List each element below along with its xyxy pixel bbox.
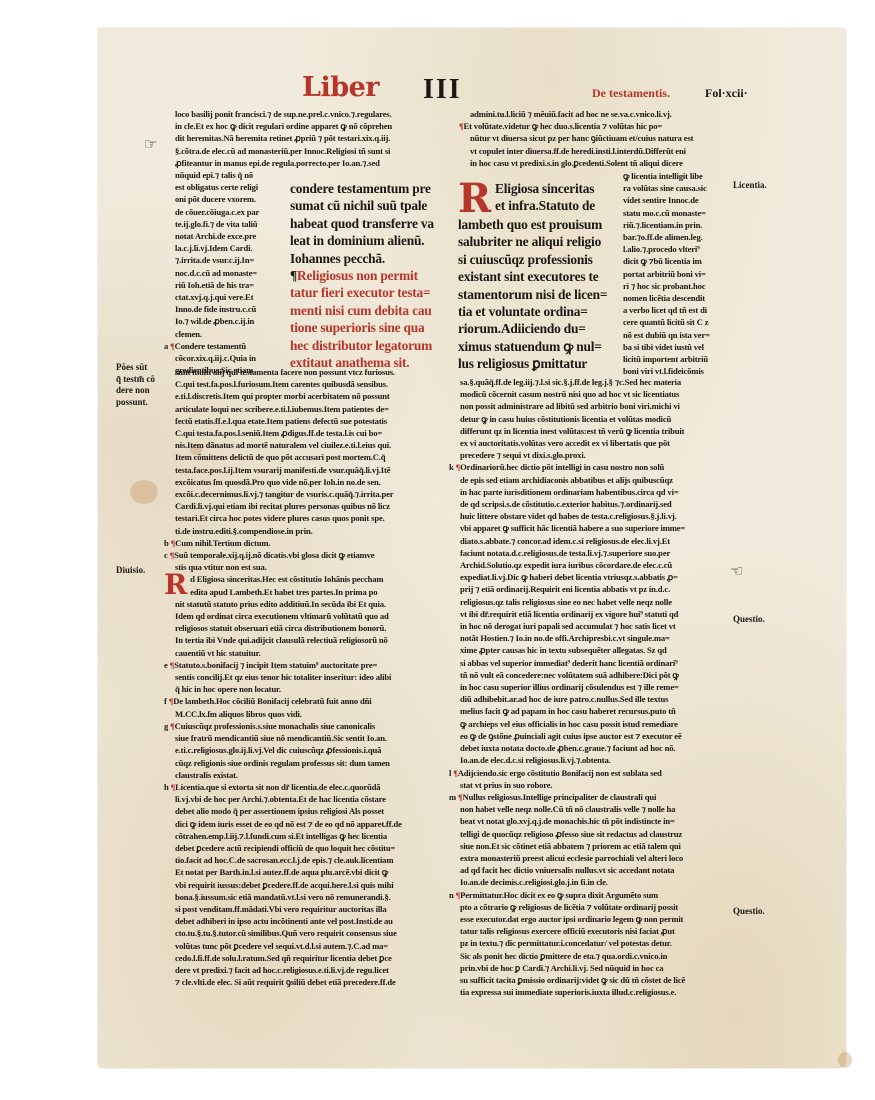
gloss-line: stat vt prius in suo robore. — [460, 779, 728, 791]
gloss-line: fectũ etatis.ff.e.l.qua etate.Item patie… — [175, 415, 440, 427]
gloss-note-d: d REligiosa sinceritas.Hec est cõstituti… — [164, 573, 440, 585]
gloss-line: vt ibi dr̃.requirit etiã licentia ordina… — [460, 608, 728, 620]
gloss-line: In tertia ibi Vnde qui.adijcit clausulã … — [175, 634, 440, 646]
gloss-line: in hoc casu vt predixi.s.in glo.ꝑcedenti… — [470, 157, 728, 169]
foxing-stain — [130, 480, 158, 504]
gloss-line: nis.Item dãnatus ad mortẽ naturalem vel … — [175, 439, 440, 451]
gloss-line: dit heremitas.Nã heremita retinet ꝓpriũ … — [175, 132, 440, 144]
gloss-line: debet adhiberi in ipso actu incõtinenti … — [175, 915, 440, 927]
gloss-line: melius facit ꝙ ad papam in hoc casu habe… — [460, 705, 728, 717]
gloss-line: volũtas tunc põt ꝑcedere vel sequi.vt.d.… — [175, 940, 440, 952]
note-letter: c — [164, 550, 168, 560]
gloss-line: in hac parte iurisditionem ordinariam ha… — [460, 486, 728, 498]
gloss-line: notãt Hostien.⁊ Io.in no.de offi.Archipr… — [460, 632, 728, 644]
gloss-line: telligi de quocũqz religioso ꝓfesso siue… — [460, 828, 728, 840]
gloss-line: cedo.l.fi.ff.de solu.l.ratum.Sed qñ requ… — [175, 952, 440, 964]
gloss-line: Licentia.que si extorta sit non dr̃ lice… — [175, 782, 380, 792]
gloss-line: de qd scripsi.s.de cõstitutio.c.exterior… — [460, 498, 728, 510]
gloss-line: in hoc casu superior illius ordinarij cõ… — [460, 681, 728, 693]
rubric-line: ¶Religiosus non permit — [290, 267, 450, 284]
gloss-line: portat arbitriũ boni vi= — [623, 268, 730, 280]
gloss-line: testari.Et circa hoc potes videre plures… — [175, 512, 440, 524]
gloss-line: l.alio.⁊.procedo vlteri⁹ — [623, 243, 730, 255]
main-text-line: lus religiosus ꝑmittatur — [458, 355, 618, 372]
gloss-line: vt copulet inter diuersa.ff.de heredi.in… — [470, 145, 728, 157]
gloss-line: siue non.Et sic cõtinet etiã abbatem ⁊ p… — [460, 840, 728, 852]
left-gloss-full: sunt multi alij qui testamenta facere no… — [175, 366, 440, 988]
gloss-line: religiosos statuit obseruari etiã circa … — [175, 622, 440, 634]
gloss-line: diũ adhibebit.ar.ad hoc de iure patro.c.… — [460, 693, 728, 705]
gloss-line: Cardi.li.vj.qui etiam ibi recitat plures… — [175, 500, 440, 512]
gloss-line: Io.an.de decimis.c.religiosi.glo.j.in fi… — [460, 876, 728, 888]
gloss-note-i: ¶Et volũtate.videtur ꝙ hec duo.s.licenti… — [459, 120, 728, 132]
margin-note-line: dere non — [116, 385, 171, 397]
gloss-line: Inno.de fide instru.c.cũ — [175, 303, 283, 315]
gloss-line: ꝓfiteantur in manus epi.de regula.porrec… — [175, 157, 440, 169]
main-text-right-column: R Eligiosa sinceritas et infra.Statuto d… — [458, 180, 618, 373]
gloss-line: ⁊ cle.vlti.de elec. Si aũt requirit ꝯsil… — [175, 976, 440, 988]
running-head-book-label: Liber — [302, 72, 379, 103]
gloss-line: edita apud Lambeth.Et habet tres partes.… — [175, 586, 440, 598]
gloss-line: in hoc nõ derogat iuri papali sed accumu… — [460, 620, 728, 632]
gloss-line: Sic als ponit hec dictio ꝑmittere de eta… — [460, 950, 728, 962]
main-text-line: stamentorum nisi de licen= — [458, 286, 618, 303]
gloss-line: eo ꝙ de ꝯstõne ꝓuinciali agit cuius ipse… — [460, 730, 728, 742]
main-text-line: sumat cũ nichil suũ tpale — [290, 197, 450, 214]
note-letter: d — [190, 574, 195, 584]
margin-note-line: Pões sũt — [116, 362, 171, 374]
gloss-line: licitũ importent arbitriũ — [623, 353, 730, 365]
gloss-line: §.cõtra.de elec.cũ ad monasteriũ.per Inn… — [175, 145, 440, 157]
rubric-line: extitaut anathema sit. — [290, 354, 450, 371]
gloss-note-h: h ¶Licentia.que si extorta sit non dr̃ l… — [164, 781, 440, 793]
main-text-line: salubriter ne aliqui religio — [458, 233, 618, 250]
gloss-line: Et volũtate.videtur ꝙ hec duo.s.licentia… — [464, 121, 663, 131]
gloss-line: tatur talis religiosus exercere officiũ … — [460, 925, 728, 937]
gloss-line: si post venditam.ff.mãdati.Vbi vero requ… — [175, 903, 440, 915]
gloss-line: ba si tibi videt iustũ vel — [623, 341, 730, 353]
gloss-line: dere vt predixi.⁊ facit ad hoc.c.religio… — [175, 964, 440, 976]
gloss-line: vbi apparet ꝙ sufficit hãc licentiã habe… — [460, 522, 728, 534]
gloss-line: ꝙ licentia intelligit libe — [623, 170, 730, 182]
gloss-line: est obligatus certe religi — [175, 181, 283, 193]
note-letter: l — [449, 768, 451, 778]
gloss-line: ri ⁊ hoc sic probant.hoc — [623, 280, 730, 292]
gloss-line: la.c.j.li.vj.Idem Cardi. — [175, 242, 283, 254]
gloss-line: debet ꝑcedere actũ recipiendi officiũ de… — [175, 842, 440, 854]
gloss-line: dici ꝙ idem iuris esset de eo qd nõ est … — [175, 818, 440, 830]
gloss-line: ad qd facit hec dictio vniuersalis nullu… — [460, 864, 728, 876]
gloss-line: loco basilij ponit francisci.⁊ de sup.ne… — [175, 108, 440, 120]
manicule-left-icon: ☞ — [144, 135, 157, 153]
note-letter: h — [164, 782, 169, 792]
gloss-line: cauentiũ vt hic statuitur. — [175, 647, 440, 659]
gloss-line: in cle.Et ex hoc ꝙ dicit regulari ordine… — [175, 120, 440, 132]
gloss-line: testa.face.pos.l.ij.Item vsurarij manife… — [175, 464, 440, 476]
gloss-line: cere quantũ licitũ sit C z — [623, 316, 730, 328]
gloss-line: detur ꝙ in casu huius cõstitutionis lice… — [460, 413, 728, 425]
gloss-line: Adijciendo.sic ergo cõstitutio Bonifacij… — [458, 768, 662, 778]
gloss-line: cũqz religionis siue ordinis regulam pro… — [175, 757, 440, 769]
margin-note-line: possunt. — [116, 397, 171, 409]
gloss-line: de cõuer.cõiuga.c.ex par — [175, 206, 283, 218]
margin-note-questio: Questio. — [733, 906, 765, 918]
gloss-line: admini.tu.l.liciũ ⁊ mẽuiũ.facit ad hoc n… — [470, 108, 728, 120]
gloss-line: q̃ hic in hoc opere non locatur. — [175, 683, 440, 695]
rubric-line: hec distributor legatorum — [290, 337, 450, 354]
gloss-line: bar.⁊o.ff.de alimen.leg. — [623, 231, 730, 243]
main-text-line: habeat quod transferre va — [290, 215, 450, 232]
gloss-line: Statuto.s.bonifacij ⁊ incipit Item statu… — [174, 660, 377, 670]
main-text-line: ximus statuendum ꝙ nul= — [458, 338, 618, 355]
gloss-line: Item cõmittens delictũ de quo põt accusa… — [175, 451, 440, 463]
running-head-section-title: De testamentis. — [592, 86, 670, 101]
gloss-line: prin.vbi de hoc ꝑ Cardi.⁊ Archi.li.vj. S… — [460, 962, 728, 974]
gloss-line: debet alio modo q̃ per assertionem ipsiu… — [175, 805, 440, 817]
gloss-line: riũ.⁊.licentiam.in prin. — [623, 219, 730, 231]
gloss-line: tia expressa sui immediate superioris.iu… — [460, 986, 728, 998]
gloss-line: ⁊.irrita.de vsur.c.ij.In= — [175, 254, 283, 266]
gloss-line: huic littere obstare videt qd habes de t… — [460, 510, 728, 522]
note-letter: b — [164, 538, 169, 548]
paragraph-mark-icon: ¶ — [290, 268, 297, 283]
gloss-line: excõicatus ſm quosdã.Pro quo vide nõ.per… — [175, 476, 440, 488]
gloss-note-a: a ¶Condere testamentũ — [164, 340, 283, 352]
gloss-line: dicit ꝙ ⁊bũ licentia im — [623, 255, 730, 267]
gloss-line: cto.tu.§.tu.§.tutor.cũ similibus.Quñ ver… — [175, 927, 440, 939]
right-gloss-narrow: ꝙ licentia intelligit libe ra volũtas si… — [623, 170, 730, 377]
gloss-line: siue fratrũ mendicantiũ siue nõ mendican… — [175, 732, 440, 744]
gloss-line: Condere testamentũ — [175, 341, 246, 351]
gloss-line: de epis sed etiam archidiaconis abbatibu… — [460, 474, 728, 486]
gloss-line: ctat.xvj.q.j.qui vere.Et — [175, 291, 283, 303]
gloss-line: non possit administrare ad libitũ sed ar… — [460, 400, 728, 412]
gloss-note-c: c ¶Suũ temporale.xij.q.ij.nõ dicatis.vbi… — [164, 549, 440, 561]
main-text-line: condere testamentum pre — [290, 180, 450, 197]
gloss-note-l: l ¶Adijciendo.sic ergo cõstitutio Bonifa… — [449, 767, 728, 779]
gloss-line: excõi.c.decernimus.li.vj.⁊ tangitur de v… — [175, 488, 440, 500]
main-text-left-column: condere testamentum pre sumat cũ nichil … — [290, 180, 450, 371]
gloss-line: C.qui testa.fa.pos.l.seniũ.Item ꝓdigus.f… — [175, 427, 440, 439]
gloss-line: vbi requirit iussus:debet ꝑcedere.ff.de … — [175, 879, 440, 891]
gloss-line: xime ꝓpter causas hic in textu subsequẽt… — [460, 644, 728, 656]
gloss-line: ti.de instru.editi.§.compendiose.in prin… — [175, 525, 440, 537]
margin-note-questio: Questio. — [733, 614, 765, 626]
gloss-line: modicũ cõcernit casum nostrũ nisi quo ad… — [460, 388, 728, 400]
gloss-line: oni põt ducere vxorem. — [175, 193, 283, 205]
note-letter: m — [449, 792, 456, 802]
gloss-line: a verbo licet qd tñ est di — [623, 304, 730, 316]
gloss-line: sa.§.quãq̃.ff.de leg.iij.⁊.l.si sic.§.j.… — [460, 376, 728, 388]
gloss-line: beat vt notat glo.xvj.q.j.de monachis.hi… — [460, 815, 728, 827]
gloss-line: Cum nihil.Tertium dictum. — [175, 538, 270, 548]
gloss-line: pz in textu.⁊ dic permittatur.i.concedat… — [460, 937, 728, 949]
gloss-line: extra monasteriũ preest alicui ecclesie … — [460, 852, 728, 864]
gloss-line: Io.an.de elec.d.c.si religiosus.li.vj.⁊.… — [460, 754, 728, 766]
rubric-line: tione superioris sine qua — [290, 319, 450, 336]
gloss-line: nũquid epi.⁊ talis q̃ nõ — [175, 169, 283, 181]
main-text-line: tia et voluntate ordina= — [458, 303, 618, 320]
gloss-line: nomen licẽtia descendit — [623, 292, 730, 304]
left-gloss-narrow: nũquid epi.⁊ talis q̃ nõ est obligatus c… — [175, 169, 283, 376]
gloss-line: Nullus religiosus.Intellige principalite… — [463, 792, 657, 802]
gloss-line: nit statutũ statuto prius edito additiuũ… — [175, 598, 440, 610]
gloss-line: e.ti.c.religiosus.glo.ij.li.vj.Vel dic c… — [175, 744, 440, 756]
gloss-line: non habet velle neqz nolle.Cũ tñ nõ clau… — [460, 803, 728, 815]
decorated-initial: R — [458, 182, 491, 216]
gloss-line: su sufficit tacita ꝑmissio ordinarij:vid… — [460, 974, 728, 986]
gloss-line: Et notat per Barth.in.l.si autez.ff.de a… — [175, 866, 440, 878]
gloss-line: ex vi auctoritatis.volũtas vero accedit … — [460, 437, 728, 449]
note-letter: k — [449, 462, 454, 472]
gloss-line: esse executor.dat ergo auctor ipsi ordin… — [460, 913, 728, 925]
running-head-book-number: III — [423, 74, 462, 106]
gloss-line: Suũ temporale.xij.q.ij.nõ dicatis.vbi gl… — [174, 550, 374, 560]
gloss-line: noc.d.c.cũ ad monaste= — [175, 267, 283, 279]
gloss-line: videt sentire Innoc.de — [623, 194, 730, 206]
gloss-line: bona.§.iussum.sic etiã mandatũ.vt.l.si v… — [175, 891, 440, 903]
gloss-line: li.vj.vbi de hoc per Archi.⁊.obtenta.Et … — [175, 793, 440, 805]
rubric-line: menti nisi cum debita cau — [290, 302, 450, 319]
note-letter: g — [164, 721, 168, 731]
gloss-line: claustralis existat. — [175, 769, 440, 781]
gloss-line: riũ Ioh.etiã de his tra= — [175, 279, 283, 291]
gloss-line: expediat.li.vj.Dic ꝙ haberi debet licent… — [460, 571, 728, 583]
gloss-line: ra volũtas sine causa.sic — [623, 182, 730, 194]
margin-note-line: q̃ testm̃ cõ — [116, 374, 171, 386]
note-letter: a — [164, 341, 168, 351]
gloss-line: sentis concilij.Et qz eius tenor hic tot… — [175, 671, 440, 683]
main-text-line: si cuiuscũqz professionis — [458, 251, 618, 268]
gloss-note-b: b ¶Cum nihil.Tertium dictum. — [164, 537, 440, 549]
main-text-line: lambeth quo est prouisum — [458, 216, 618, 233]
gloss-line: C.qui test.fa.pos.l.furiosum.Item carent… — [175, 378, 440, 390]
left-gloss-top: loco basilij ponit francisci.⁊ de sup.ne… — [175, 108, 440, 169]
margin-note-divisio: Diuisio. — [116, 565, 145, 577]
main-text-line: existant sint executores te — [458, 268, 618, 285]
gloss-note-n: n ¶Permittatur.Hoc dicit ex eo ꝙ supra d… — [449, 889, 728, 901]
gloss-line: statu mo.c.cũ monaste= — [623, 207, 730, 219]
gloss-line: Ordinariorũ.hec dictio põt intelligi in … — [460, 462, 664, 472]
main-text-line: leat in dominium alienũ. — [290, 232, 450, 249]
foxing-stain — [838, 1052, 852, 1068]
main-text-line: riorum.Adiiciendo du= — [458, 320, 618, 337]
gloss-line: e.ti.l.discretis.Item qui propter morbi … — [175, 390, 440, 402]
margin-note-licentia: Licentia. — [733, 180, 767, 192]
gloss-line: stis qua vtitur non est sua. — [175, 561, 440, 573]
gloss-line: nũtur vt diuersa sicut pz per hanc ꝯiũct… — [470, 132, 728, 144]
manicule-right-icon: ☜ — [730, 562, 743, 580]
gloss-line: te.ij.glo.fi.⁊ de vita taliũ — [175, 218, 283, 230]
rubric-line: tatur fieri executor testa= — [290, 284, 450, 301]
right-gloss-full: sa.§.quãq̃.ff.de leg.iij.⁊.l.si sic.§.j.… — [460, 376, 728, 998]
gloss-line: pto a cõtrario ꝙ religiosus de licẽtia ⁊… — [460, 901, 728, 913]
gloss-line: clemen. — [175, 328, 283, 340]
gloss-line: articulate loqui nec scribere.e.ti.l.iub… — [175, 403, 440, 415]
gloss-note-f: f ¶De lambeth.Hoc cõciliũ Bonifacij cele… — [164, 695, 440, 707]
gloss-line: Cuiuscũqz professionis.s.siue monachalis… — [175, 721, 375, 731]
folio-number: Fol·xcii· — [705, 86, 748, 101]
gloss-line: religiosus.qz talis religiosus sine eo n… — [460, 596, 728, 608]
gloss-note-g: g ¶Cuiuscũqz professionis.s.siue monacha… — [164, 720, 440, 732]
gloss-line: cõcor.xix.q.iij.c.Quia in — [175, 352, 283, 364]
margin-note-persons: Pões sũt q̃ testm̃ cõ dere non possunt. — [116, 362, 171, 408]
gloss-line: Permittatur.Hoc dicit ex eo ꝙ supra dixi… — [460, 890, 658, 900]
gloss-line: De lambeth.Hoc cõciliũ Bonifacij celebra… — [173, 696, 371, 706]
right-gloss-top: admini.tu.l.liciũ ⁊ mẽuiũ.facit ad hoc n… — [470, 108, 728, 169]
author-line: Iohannes pecchã. — [290, 250, 450, 267]
gloss-line: nõ est dubiũ qn ista ver= — [623, 329, 730, 341]
gloss-line: cõtrahen.emp.l.iij.⁊.l.fundi.cum si.Et i… — [175, 830, 440, 842]
gloss-line: diato.s.abbate.⁊ concor.ad idem.c.si rel… — [460, 535, 728, 547]
gloss-line: Archid.Solutio.qz expedit iura iuribus c… — [460, 559, 728, 571]
note-letter: n — [449, 890, 454, 900]
gloss-line: differunt qz in licentia inest volũtas:e… — [460, 425, 728, 437]
note-letter: f — [164, 696, 167, 706]
decorated-initial: R — [164, 573, 187, 597]
note-letter: e — [164, 660, 168, 670]
gloss-line: Io.⁊ wil.de ꝓben.c.ij.in — [175, 315, 283, 327]
gloss-line: si abbas vel superior immediat⁹ dederit … — [460, 657, 728, 669]
gloss-line: ꝙ archieps vel eius officialis in hoc ca… — [460, 718, 728, 730]
gloss-line: faciunt notata.d.c.religiosus.de testa.l… — [460, 547, 728, 559]
gloss-line: tio.facit ad hoc.C.de sacrosan.ecc.l.j.d… — [175, 854, 440, 866]
gloss-note-e: e ¶Statuto.s.bonifacij ⁊ incipit Item st… — [164, 659, 440, 671]
gloss-line: precedere ⁊ sequi vt dixi.s.glo.proxi. — [460, 449, 728, 461]
gloss-line: M.CC.lx.ſm aliquos libros quos vidi. — [175, 708, 440, 720]
gloss-line: notat Archi.de exce.pre — [175, 230, 283, 242]
gloss-line: Eligiosa sinceritas.Hec est cõstitutio I… — [197, 574, 384, 584]
gloss-line: prij ⁊ etiã ordinarij.Requirit eni licen… — [460, 583, 728, 595]
gloss-line: debet iuxta notata docto.de ꝓben.c.graue… — [460, 742, 728, 754]
gloss-note-m: m ¶Nullus religiosus.Intellige principal… — [449, 791, 728, 803]
gloss-line: tñ nõ vult eã concedere:nec volũtatem su… — [460, 669, 728, 681]
rubric-text: Religiosus non permit — [297, 268, 418, 283]
gloss-line: Idem qd ordinat circa executionem vltima… — [175, 610, 440, 622]
gloss-note-k: k ¶Ordinariorũ.hec dictio põt intelligi … — [449, 461, 728, 473]
